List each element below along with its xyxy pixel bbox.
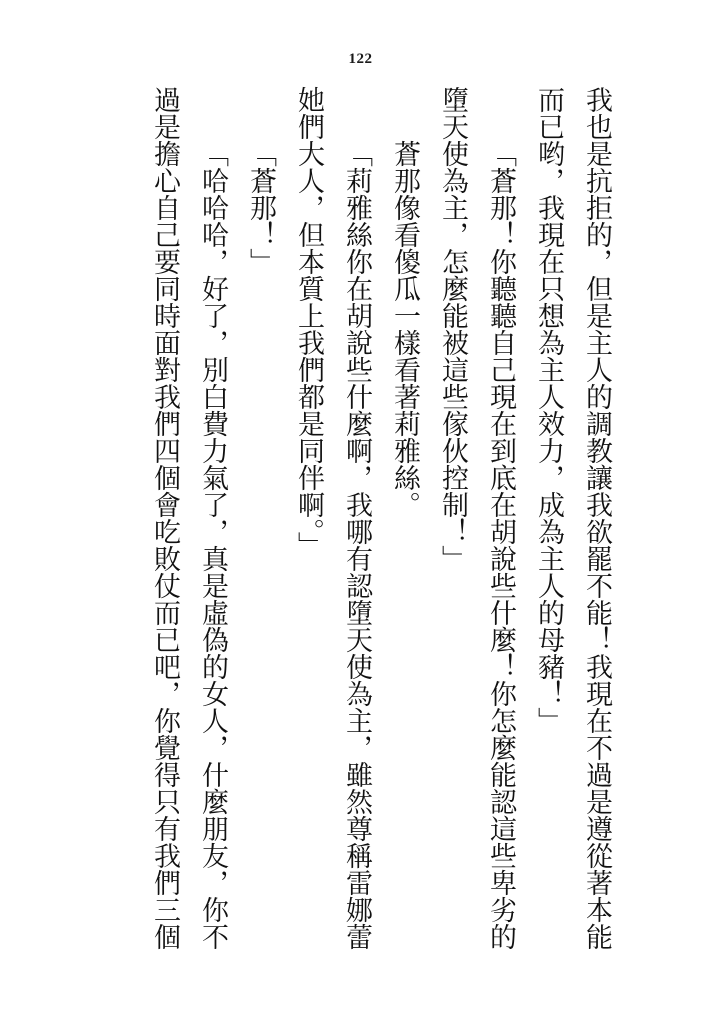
paragraph-5: 「蒼那！」 [237,86,285,950]
book-page: 122 我也是抗拒的，但是主人的調教讓我欲罷不能！我現在不過是遵從著本能而已哟，… [0,0,721,1020]
paragraph-1: 我也是抗拒的，但是主人的調教讓我欲罷不能！我現在不過是遵從著本能而已哟，我現在只… [525,86,621,950]
vertical-text-block: 我也是抗拒的，但是主人的調教讓我欲罷不能！我現在不過是遵從著本能而已哟，我現在只… [141,86,621,950]
paragraph-6: 「哈哈哈，好了，別白費力氣了，真是虛偽的女人，什麼朋友，你不過是擔心自己要同時面… [141,86,237,950]
paragraph-2: 「蒼那！你聽聽自己現在到底在胡說些什麼！你怎麼能認這些卑劣的墮天使為主，怎麼能被… [429,86,525,950]
paragraph-4: 「莉雅絲你在胡說些什麼啊，我哪有認墮天使為主，雖然尊稱雷娜蕾她們大人，但本質上我… [285,86,381,950]
page-number: 122 [0,51,721,68]
paragraph-3: 蒼那像看傻瓜一樣看著莉雅絲。 [381,86,429,950]
